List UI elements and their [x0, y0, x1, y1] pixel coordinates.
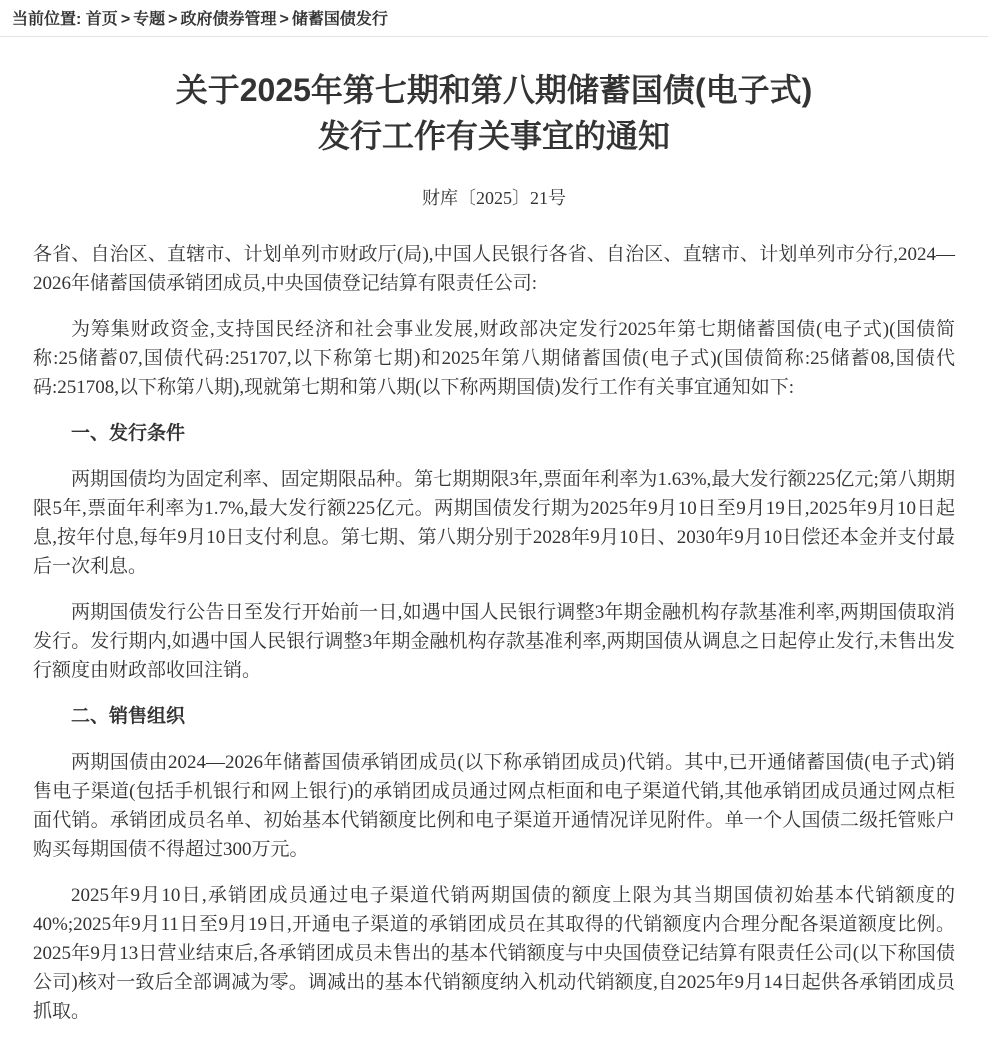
paragraph-sales-organization-1: 两期国债由2024—2026年储蓄国债承销团成员(以下称承销团成员)代销。其中,… — [33, 748, 955, 864]
intro-paragraph: 为筹集财政资金,支持国民经济和社会事业发展,财政部决定发行2025年第七期储蓄国… — [33, 315, 955, 402]
paragraph-issuance-terms-1: 两期国债均为固定利率、固定期限品种。第七期期限3年,票面年利率为1.63%,最大… — [33, 465, 955, 581]
salutation-paragraph: 各省、自治区、直辖市、计划单列市财政厅(局),中国人民银行各省、自治区、直辖市、… — [33, 240, 955, 298]
breadcrumb-separator: > — [280, 11, 289, 28]
article-body: 关于2025年第七期和第八期储蓄国债(电子式) 发行工作有关事宜的通知 财库〔2… — [0, 67, 988, 1049]
page-title-line-1: 关于2025年第七期和第八期储蓄国债(电子式) — [33, 67, 955, 113]
document-number: 财库〔2025〕21号 — [33, 184, 955, 213]
paragraph-issuance-terms-2: 两期国债发行公告日至发行开始前一日,如遇中国人民银行调整3年期金融机构存款基准利… — [33, 598, 955, 685]
breadcrumb-link-bond-management[interactable]: 政府债券管理 — [181, 11, 277, 28]
breadcrumb-separator: > — [121, 11, 130, 28]
breadcrumb-separator: > — [168, 11, 177, 28]
section-heading-sales-organization: 二、销售组织 — [33, 702, 955, 731]
page-title: 关于2025年第七期和第八期储蓄国债(电子式) 发行工作有关事宜的通知 — [33, 67, 955, 159]
breadcrumb-link-home[interactable]: 首页 — [86, 11, 118, 28]
breadcrumb-current-page: 储蓄国债发行 — [292, 11, 388, 28]
paragraph-sales-organization-2: 2025年9月10日,承销团成员通过电子渠道代销两期国债的额度上限为其当期国债初… — [33, 881, 955, 1026]
breadcrumb: 当前位置: 首页>专题>政府债券管理>储蓄国债发行 — [0, 0, 988, 37]
breadcrumb-label: 当前位置: — [12, 11, 81, 28]
breadcrumb-link-topics[interactable]: 专题 — [133, 11, 165, 28]
section-heading-issuance-terms: 一、发行条件 — [33, 419, 955, 448]
page-title-line-2: 发行工作有关事宜的通知 — [33, 113, 955, 159]
